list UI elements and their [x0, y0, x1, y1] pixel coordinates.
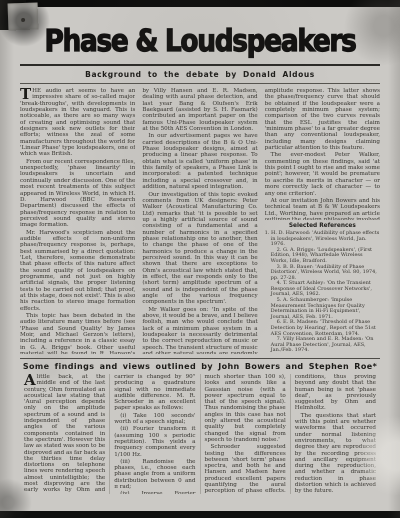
reference-item: 5. A. Schaumberger: 'Impulse Measurement…	[265, 298, 380, 320]
article-content: Phase & Loudspeakers Background to the d…	[20, 10, 380, 506]
bottom-article-column-3: much shorter than 100 s), looks and soun…	[200, 374, 290, 494]
paragraph-text: little back, at the middle end of the la…	[24, 374, 105, 494]
reference-item: 2. G. A. Briggs: 'Loudspeakers', (First …	[265, 248, 380, 265]
paragraph: The questions that start with this point…	[295, 413, 376, 494]
paragraph: The ever-modest Peter Walker, commenting…	[265, 152, 380, 196]
reference-item: 1. H. D. Harwood: 'Audibility of phase e…	[265, 231, 380, 248]
second-article-headline: Some findings and views outlined by John…	[20, 362, 380, 371]
list-item: (iii) Randomise the phases, i.e., choose…	[114, 459, 195, 490]
paragraph: Our investigation of this topic evoked c…	[142, 192, 257, 306]
paragraph: In our advertisement pages we have carri…	[142, 133, 257, 190]
paragraph: At our invitation John Bowers and his te…	[265, 198, 380, 220]
top-article-column-2: by Villy Hansen and E. R. Madsen, dealin…	[142, 88, 257, 354]
list-item: (ii) Fourier transform it (assuming 100 …	[114, 426, 195, 457]
paragraph: Schroeder suggested testing the differen…	[205, 444, 286, 494]
bottom-article-column-4: conditions, thus proving beyond any doub…	[290, 374, 380, 494]
section-divider-rule	[20, 358, 380, 359]
paragraph: by Villy Hansen and E. R. Madsen, dealin…	[142, 88, 257, 132]
paragraph: Mr Walker goes on: 'In spite of the abov…	[142, 307, 257, 354]
paragraph-text: HE audio art seems to have an impressive…	[20, 88, 135, 157]
page-bottom-edge-shadow	[0, 511, 400, 518]
top-article-column-3: amplitude response. This latter shows th…	[265, 88, 380, 354]
top-article-column-1: THE audio art seems to have an impressiv…	[20, 88, 135, 354]
dropcap-initial: A	[24, 374, 37, 386]
bottom-article-column-1: Alittle back, at the middle end of the l…	[20, 374, 109, 494]
column-3-text: amplitude response. This latter shows th…	[265, 88, 380, 220]
paragraph: Alittle back, at the middle end of the l…	[24, 374, 105, 494]
list-item: (iv) Inverse Fourier transform.	[114, 491, 195, 494]
references-title: Selected References	[265, 223, 380, 229]
paragraph: This topic has been debated in the audio…	[20, 313, 135, 354]
reference-item: 7. Villy Hansen and E. R. Madsen: 'On Au…	[265, 337, 380, 354]
masthead: Phase & Loudspeakers Background to the d…	[20, 24, 380, 84]
title-rule	[20, 64, 380, 66]
paragraph: From our recent correspondence files, un…	[20, 159, 135, 229]
paragraph: Mr. Harwood's scepticism about the audib…	[20, 230, 135, 312]
paragraph: much shorter than 100 s), looks and soun…	[205, 374, 286, 443]
dropcap-initial: T	[20, 88, 32, 100]
paragraph: amplitude response. This latter shows th…	[265, 88, 380, 151]
paragraph: THE audio art seems to have an impressiv…	[20, 88, 135, 158]
top-article-columns: THE audio art seems to have an impressiv…	[20, 88, 380, 354]
selected-references: Selected References 1. H. D. Harwood: 'A…	[265, 220, 380, 354]
subtitle-rule	[20, 83, 380, 84]
bottom-article-column-2: carrier is changed by 90° producing a qu…	[109, 374, 199, 494]
scanned-magazine-page: Phase & Loudspeakers Background to the d…	[0, 0, 400, 518]
page-top-edge-shadow	[0, 0, 400, 7]
paragraph: conditions, thus proving beyond any doub…	[295, 374, 376, 412]
list-item: (i) Take 100 seconds' worth of a speech …	[114, 413, 195, 426]
page-title: Phase & Loudspeakers	[42, 24, 359, 59]
reference-item: 3. B. B. Bauer: 'Audibility of Phase Dis…	[265, 265, 380, 282]
paragraph: carrier is changed by 90° producing a qu…	[114, 374, 195, 412]
page-subtitle: Background to the debate by Donald Aldou…	[20, 68, 380, 81]
bottom-article-columns: Alittle back, at the middle end of the l…	[20, 374, 380, 494]
reference-item: 6. E. R. Madsen: 'Threshold of Phase Det…	[265, 320, 380, 337]
reference-item: 4. T. Stuart Ashley: 'On the Transient R…	[265, 281, 380, 298]
